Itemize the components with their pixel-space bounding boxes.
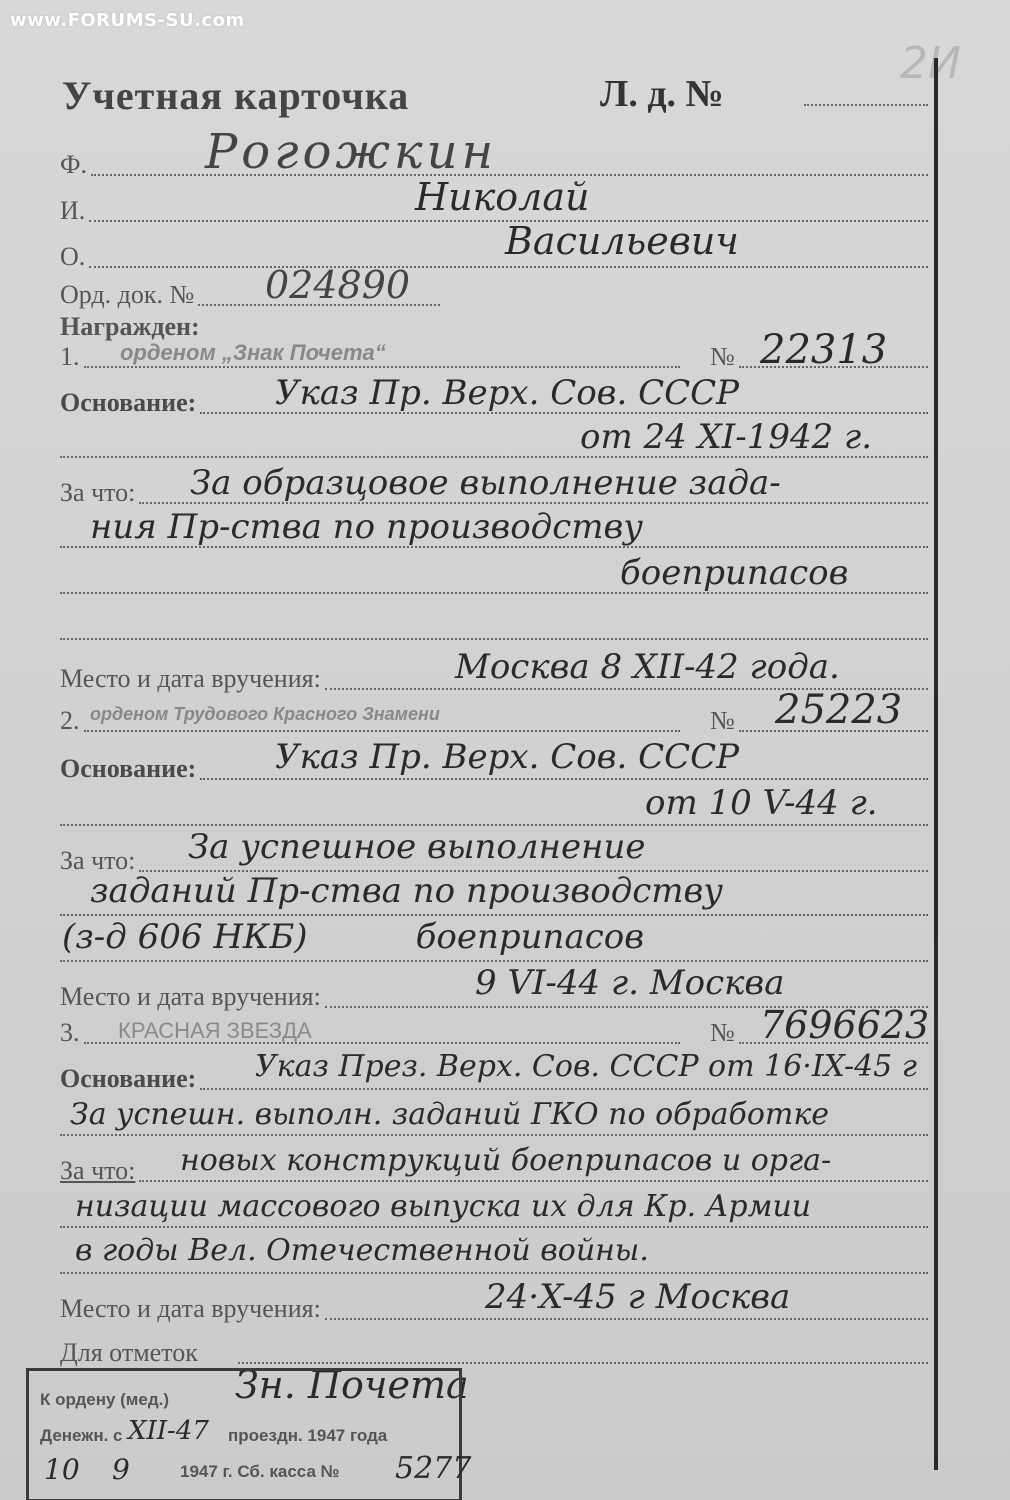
award-1-index: 1. <box>60 344 80 372</box>
patronymic-label: О. <box>60 244 85 272</box>
personal-file-number-label: Л. д. № <box>600 72 724 116</box>
award-3-reason-line-3: в годы Вел. Отечественной войны. <box>75 1236 649 1266</box>
award-3-number-label: № <box>710 1020 735 1048</box>
award-3-reason-prefix: За успешн. выполн. заданий ГКО по обрабо… <box>70 1100 829 1130</box>
award-3-basis-line-1: Указ През. Верх. Сов. СССР от 16·IX-45 г <box>255 1052 917 1082</box>
stamp-line-3-text: 1947 г. Сб. касса № <box>180 1462 340 1482</box>
award-3-place-date-label: Место и дата вручения: <box>60 1296 321 1324</box>
award-2-number-label: № <box>710 708 735 736</box>
award-2-basis-line-1: Указ Пр. Верх. Сов. СССР <box>275 740 739 774</box>
award-3-index: 3. <box>60 1020 80 1048</box>
notes-label: Для отметок <box>60 1340 198 1368</box>
award-3-reason-label: За что: <box>60 1158 135 1186</box>
name-label: И. <box>60 198 85 226</box>
award-3-reason-line-2: низации массового выпуска их для Кр. Арм… <box>75 1192 811 1222</box>
award-2-stamp: орденом Трудового Красного Знамени <box>90 704 440 725</box>
award-2-reason-line-2: заданий Пр-ства по производству <box>90 874 723 908</box>
personal-file-number-line <box>800 70 928 110</box>
award-1-reason-label: За что: <box>60 480 135 508</box>
award-3-stamp: КРАСНАЯ ЗВЕЗДА <box>118 1018 312 1044</box>
award-2-basis-line-2: от 10 V-44 г. <box>645 786 878 820</box>
award-1-reason-row-4 <box>60 604 928 644</box>
stamp-line-2-prefix: Денежн. с <box>40 1426 123 1446</box>
stamp-line-3-day: 10 <box>44 1456 80 1484</box>
surname-value: Рогожкин <box>205 128 497 176</box>
award-2-reason-line-3: (з-д 606 НКБ) боеприпасов <box>62 920 644 954</box>
award-2-reason-line-1: За успешное выполнение <box>188 830 645 864</box>
stamp-line-3-number: 5277 <box>395 1454 471 1484</box>
award-1-place-date: Москва 8 XII-42 года. <box>455 650 840 684</box>
order-document-number: 024890 <box>265 266 410 304</box>
award-3-place-date: 24·X-45 г Москва <box>485 1280 790 1314</box>
patronymic-row: О. <box>60 232 928 272</box>
margin-rule <box>934 58 938 1470</box>
stamp-line-1: К ордену (мед.) <box>40 1390 169 1410</box>
award-2-number: 25223 <box>775 690 902 730</box>
award-1-place-date-label: Место и дата вручения: <box>60 666 321 694</box>
award-1-number-label: № <box>710 344 735 372</box>
award-registration-card: www.FORUMS-SU.com 2И Учетная карточка Л.… <box>0 0 1010 1500</box>
award-2-index: 2. <box>60 708 80 736</box>
award-1-reason-line-2: ния Пр-ства по производству <box>90 510 643 544</box>
award-1-stamp: орденом „Знак Почета“ <box>120 340 386 366</box>
name-value: Николай <box>415 178 590 216</box>
award-1-basis-line-2: от 24 XI-1942 г. <box>580 420 872 454</box>
award-3-basis-label: Основание: <box>60 1066 196 1094</box>
award-2-place-date: 9 VI-44 г. Москва <box>475 966 784 1000</box>
stamp-line-2-hand: XII-47 <box>128 1418 209 1444</box>
patronymic-value: Васильевич <box>505 222 739 260</box>
order-document-label: Орд. док. № <box>60 282 194 310</box>
notes-row: Для отметок <box>60 1328 928 1368</box>
award-1-basis-line-1: Указ Пр. Верх. Сов. СССР <box>275 376 739 410</box>
award-1-number: 22313 <box>760 330 887 370</box>
stamp-line-2-suffix: проездн. 1947 года <box>228 1426 387 1446</box>
award-1-reason-line-1: За образцовое выполнение зада- <box>190 466 781 500</box>
award-3-number: 7696623 <box>760 1006 929 1044</box>
award-2-basis-label: Основание: <box>60 756 196 784</box>
stamp-line-3-month: 9 <box>112 1456 130 1484</box>
award-1-basis-label: Основание: <box>60 390 196 418</box>
award-3-reason-line-1: новых конструкций боеприпасов и орга- <box>180 1146 831 1176</box>
surname-label: Ф. <box>60 152 87 180</box>
watermark: www.FORUMS-SU.com <box>10 10 245 31</box>
award-1-reason-line-3: боеприпасов <box>620 556 848 590</box>
card-title: Учетная карточка <box>62 72 409 119</box>
